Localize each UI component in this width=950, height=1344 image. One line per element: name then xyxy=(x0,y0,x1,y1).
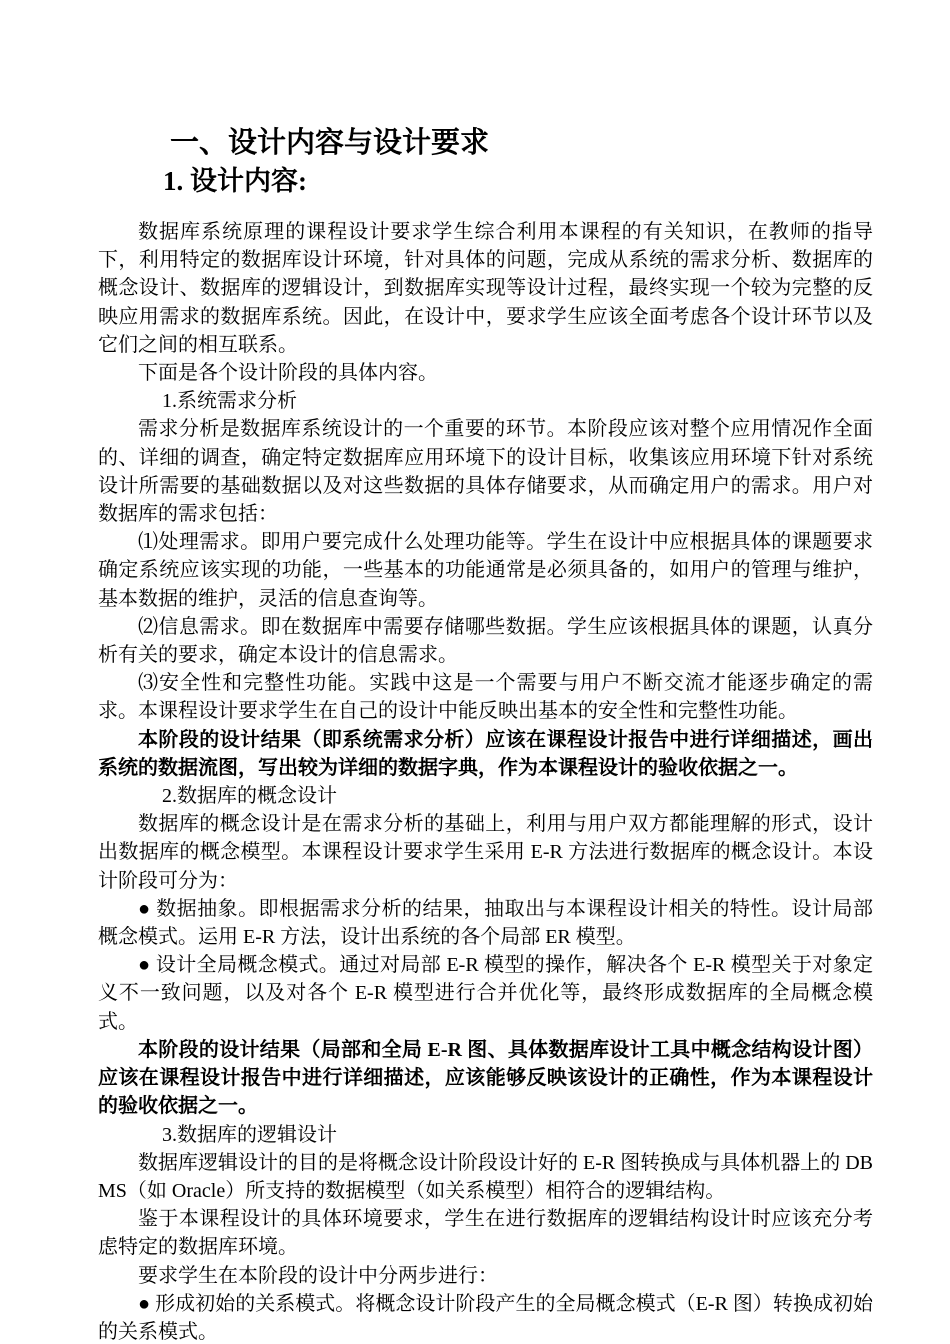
section-heading: 3.数据库的逻辑设计 xyxy=(98,1121,873,1149)
section-heading: 2.数据库的概念设计 xyxy=(98,782,873,810)
section-heading: 1.系统需求分析 xyxy=(98,387,873,415)
paragraph: 数据库逻辑设计的目的是将概念设计阶段设计好的 E-R 图转换成与具体机器上的 D… xyxy=(98,1149,873,1205)
paragraph: 需求分析是数据库系统设计的一个重要的环节。本阶段应该对整个应用情况作全面的、详细… xyxy=(98,415,873,528)
numbered-paragraph: ⑶安全性和完整性功能。实践中这是一个需要与用户不断交流才能逐步确定的需求。本课程… xyxy=(98,669,873,725)
paragraph: 要求学生在本阶段的设计中分两步进行： xyxy=(98,1262,873,1290)
paragraph: 数据库系统原理的课程设计要求学生综合利用本课程的有关知识，在教师的指导下，利用特… xyxy=(98,218,873,359)
document-body: 数据库系统原理的课程设计要求学生综合利用本课程的有关知识，在教师的指导下，利用特… xyxy=(98,218,873,1344)
numbered-paragraph: ⑵信息需求。即在数据库中需要存储哪些数据。学生应该根据具体的课题，认真分析有关的… xyxy=(98,613,873,669)
section-title: 一、设计内容与设计要求 xyxy=(98,124,873,162)
bullet-paragraph: ● 形成初始的关系模式。将概念设计阶段产生的全局概念模式（E-R 图）转换成初始… xyxy=(98,1290,873,1344)
bold-paragraph: 本阶段的设计结果（局部和全局 E-R 图、具体数据库设计工具中概念结构设计图）应… xyxy=(98,1036,873,1121)
paragraph: 数据库的概念设计是在需求分析的基础上，利用与用户双方都能理解的形式，设计出数据库… xyxy=(98,810,873,895)
numbered-paragraph: ⑴处理需求。即用户要完成什么处理功能等。学生在设计中应根据具体的课题要求确定系统… xyxy=(98,528,873,613)
paragraph: 鉴于本课程设计的具体环境要求，学生在进行数据库的逻辑结构设计时应该充分考虑特定的… xyxy=(98,1205,873,1261)
bullet-paragraph: ● 数据抽象。即根据需求分析的结果，抽取出与本课程设计相关的特性。设计局部概念模… xyxy=(98,895,873,951)
bullet-paragraph: ● 设计全局概念模式。通过对局部 E-R 模型的操作，解决各个 E-R 模型关于… xyxy=(98,951,873,1036)
paragraph: 下面是各个设计阶段的具体内容。 xyxy=(98,359,873,387)
document-page: 一、设计内容与设计要求 1. 设计内容: 数据库系统原理的课程设计要求学生综合利… xyxy=(0,0,950,1344)
subsection-title: 1. 设计内容: xyxy=(98,162,873,200)
bold-paragraph: 本阶段的设计结果（即系统需求分析）应该在课程设计报告中进行详细描述，画出系统的数… xyxy=(98,726,873,782)
